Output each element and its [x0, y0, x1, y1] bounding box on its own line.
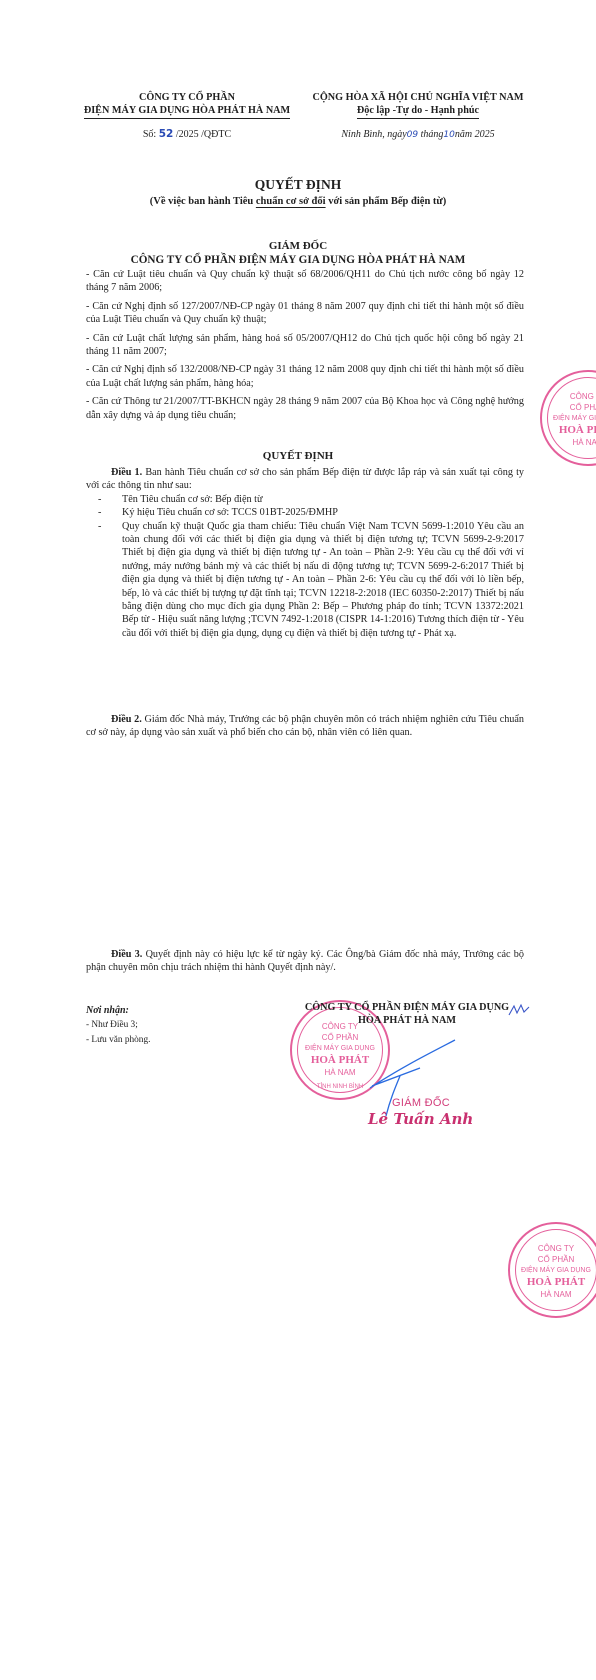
issuer-company: CÔNG TY CỔ PHẦN ĐIỆN MÁY GIA DỤNG HÒA PH…: [0, 254, 596, 266]
nation-motto: Độc lập -Tự do - Hạnh phúc: [357, 104, 479, 119]
legal-bases: - Căn cứ Luật tiêu chuẩn và Quy chuẩn kỹ…: [86, 268, 524, 427]
document-title: QUYẾT ĐỊNH: [0, 177, 596, 193]
ref-number-handwritten: 52: [159, 128, 174, 140]
list-item: Quy chuẩn kỹ thuật Quốc gia tham chiếu: …: [98, 520, 524, 641]
recipient-item: - Lưu văn phòng.: [86, 1033, 150, 1048]
reference-number: Số: 52 /2025 /QĐTC: [82, 128, 292, 141]
nation-title: CỘNG HÒA XÃ HỘI CHỦ NGHĨA VIỆT NAM: [300, 91, 536, 104]
month-handwritten: 10: [443, 130, 454, 140]
legal-basis-item: - Căn cứ Luật tiêu chuẩn và Quy chuẩn kỹ…: [86, 268, 524, 295]
day-handwritten: 09: [407, 130, 418, 140]
article-1: Điều 1. Ban hành Tiêu chuẩn cơ sở cho sả…: [86, 466, 524, 640]
signatory-title-stamp: GIÁM ĐỐC: [392, 1097, 450, 1109]
article-3-label: Điều 3.: [111, 949, 142, 960]
issuer-role: GIÁM ĐỐC: [0, 240, 596, 252]
signatory-name-stamp: Lê Tuấn Anh: [368, 1110, 473, 1128]
company-line-2: ĐIỆN MÁY GIA DỤNG HÒA PHÁT HÀ NAM: [84, 104, 290, 119]
list-item: Tên Tiêu chuẩn cơ sở: Bếp điện từ: [98, 493, 524, 506]
article-2: Điều 2. Giám đốc Nhà máy, Trưởng các bộ …: [86, 713, 524, 740]
article-2-label: Điều 2.: [111, 714, 142, 725]
recipient-item: - Như Điều 3;: [86, 1018, 150, 1033]
article-1-label: Điều 1.: [111, 467, 142, 478]
margin-seal-stamp: CÔNG TY CỔ PHẦN ĐIỆN MÁY GIA DỤNG HOÀ PH…: [508, 1222, 596, 1318]
legal-basis-item: - Căn cứ Thông tư 21/2007/TT-BKHCN ngày …: [86, 395, 524, 422]
company-line-1: CÔNG TY CỔ PHẦN: [82, 91, 292, 104]
article-1-list: Tên Tiêu chuẩn cơ sở: Bếp điện từ Ký hiệ…: [86, 493, 524, 640]
national-motto-header: CỘNG HÒA XÃ HỘI CHỦ NGHĨA VIỆT NAM Độc l…: [300, 91, 536, 142]
article-3: Điều 3. Quyết định này có hiệu lực kể từ…: [86, 948, 524, 975]
legal-basis-item: - Căn cứ Luật chất lượng sản phẩm, hàng …: [86, 332, 524, 359]
issuing-company-header: CÔNG TY CỔ PHẦN ĐIỆN MÁY GIA DỤNG HÒA PH…: [82, 91, 292, 141]
list-item: Ký hiệu Tiêu chuẩn cơ sở: TCCS 01BT-2025…: [98, 506, 524, 519]
recipients: Nơi nhận: - Như Điều 3; - Lưu văn phòng.: [86, 1003, 150, 1048]
legal-basis-item: - Căn cứ Nghị định số 132/2008/NĐ-CP ngà…: [86, 363, 524, 390]
decision-heading: QUYẾT ĐỊNH: [0, 450, 596, 462]
recipients-label: Nơi nhận:: [86, 1003, 150, 1018]
initial-mark-icon: [508, 1003, 530, 1017]
legal-basis-item: - Căn cứ Nghị định số 127/2007/NĐ-CP ngà…: [86, 300, 524, 327]
signature-company: CÔNG TY CỔ PHẦN ĐIỆN MÁY GIA DỤNG HÒA PH…: [292, 1001, 522, 1027]
document-subtitle: (Về việc ban hành Tiêu chuẩn cơ sở đối v…: [0, 196, 596, 207]
place-date: Ninh Bình, ngày09 tháng10năm 2025: [300, 128, 536, 142]
